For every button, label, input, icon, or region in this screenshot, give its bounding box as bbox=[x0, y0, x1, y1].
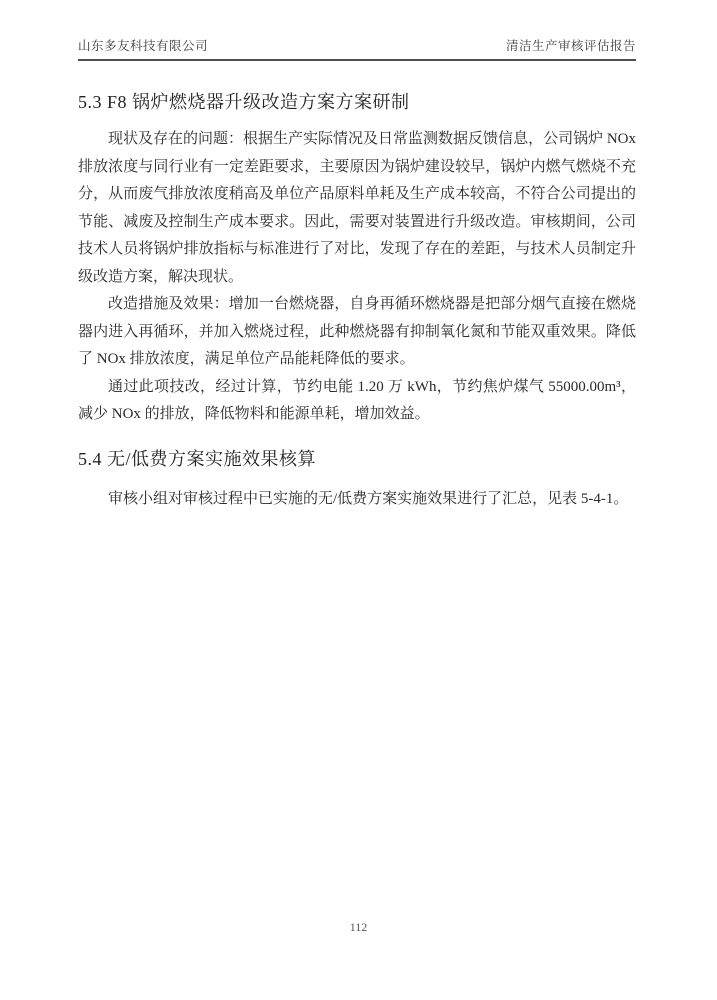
page-header: 山东多友科技有限公司 清洁生产审核评估报告 bbox=[78, 0, 636, 61]
paragraph-measures-and-effects: 改造措施及效果：增加一台燃烧器，自身再循环燃烧器是把部分烟气直接在燃烧器内进入再… bbox=[78, 291, 636, 374]
paragraph-audit-summary: 审核小组对审核过程中已实施的无/低费方案实施效果进行了汇总，见表 5-4-1。 bbox=[78, 486, 636, 514]
header-company-name: 山东多友科技有限公司 bbox=[78, 36, 208, 54]
paragraph-savings-summary: 通过此项技改，经过计算，节约电能 1.20 万 kWh，节约焦炉煤气 55000… bbox=[78, 374, 636, 429]
page-number: 112 bbox=[0, 920, 717, 935]
header-report-title: 清洁生产审核评估报告 bbox=[506, 36, 636, 54]
document-page: 山东多友科技有限公司 清洁生产审核评估报告 5.3 F8 锅炉燃烧器升级改造方案… bbox=[0, 0, 717, 1000]
page-content: 山东多友科技有限公司 清洁生产审核评估报告 5.3 F8 锅炉燃烧器升级改造方案… bbox=[78, 0, 636, 513]
section-heading-5-4: 5.4 无/低费方案实施效果核算 bbox=[78, 447, 636, 471]
paragraph-status-and-problems: 现状及存在的问题：根据生产实际情况及日常监测数据反馈信息，公司锅炉 NOx 排放… bbox=[78, 126, 636, 291]
section-heading-5-3: 5.3 F8 锅炉燃烧器升级改造方案方案研制 bbox=[78, 90, 636, 114]
